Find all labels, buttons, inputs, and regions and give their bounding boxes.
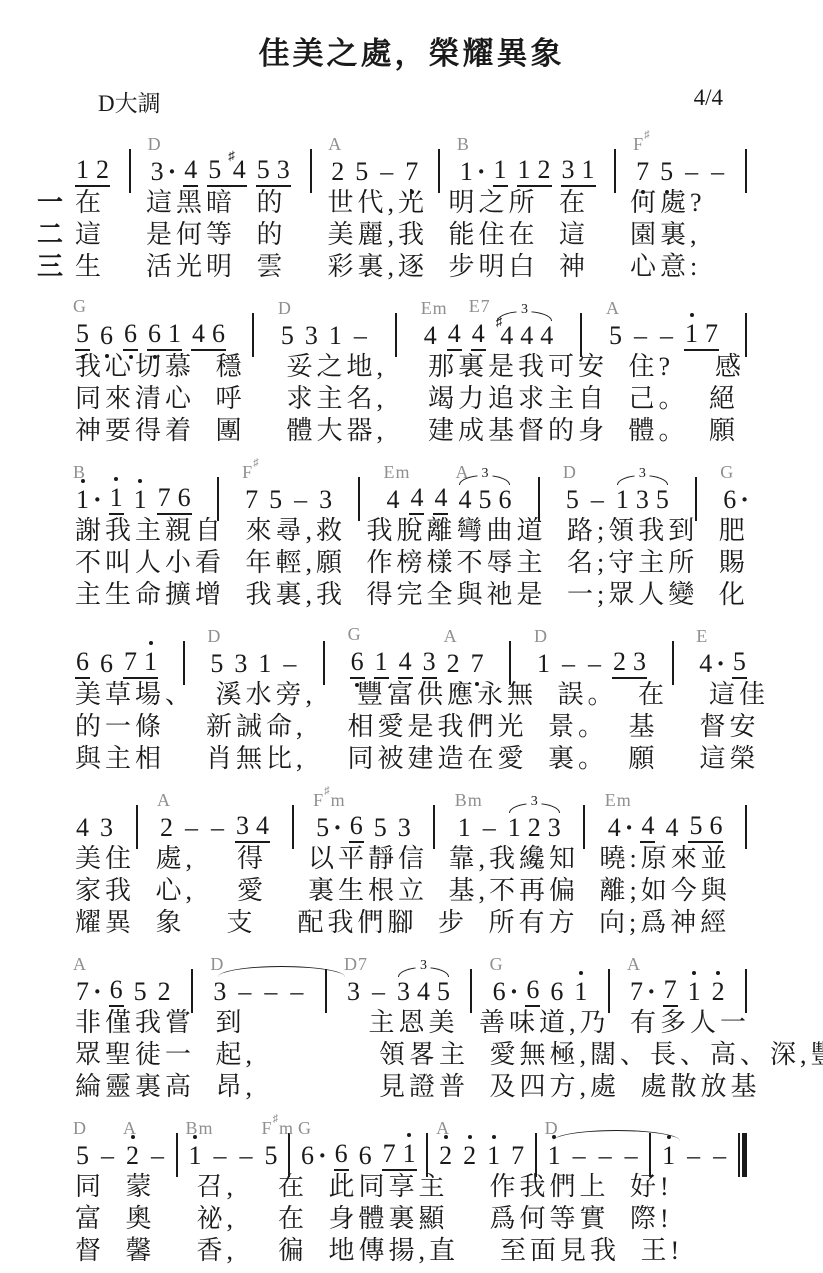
note-group: G6· xyxy=(300,1143,325,1171)
sharp-icon: ♯ xyxy=(496,314,503,329)
notation-row: G5666146D531–Em44E74♯444A5––17 xyxy=(75,283,747,351)
lyric-text: 的一條 新誡命, 相愛是我們光 景。 基 督安 xyxy=(75,712,760,741)
chord-label: F♯ xyxy=(633,135,651,153)
note: 1 xyxy=(494,157,507,183)
octave-dot-high xyxy=(407,1133,411,1137)
note: 5 xyxy=(257,157,270,183)
measure: A2217 xyxy=(438,1143,525,1171)
note-group: 71 xyxy=(123,649,158,679)
note: 7 xyxy=(405,159,418,185)
note-group: 4 xyxy=(75,815,90,843)
note-group: – xyxy=(709,159,726,187)
measure: F♯m5·653 xyxy=(315,813,412,843)
lyric-text: 非僅我嘗 到 主恩美 善味道,乃 有多人一 xyxy=(75,1008,750,1037)
note-group: F♯m5· xyxy=(315,815,340,843)
notation-row: A7·652D3–––D73–345G6·661A7·712 xyxy=(75,939,747,1007)
note-group: A5 xyxy=(608,323,623,351)
note-group: 3 xyxy=(397,815,412,843)
chord-label: D xyxy=(210,955,224,973)
note: 2 xyxy=(712,979,725,1005)
note: 1 xyxy=(487,1143,500,1169)
dash-sustain: – xyxy=(282,651,297,677)
chord-label: E7 xyxy=(469,297,491,315)
note-group: – xyxy=(236,979,253,1007)
augmentation-dot: · xyxy=(647,979,656,1005)
triplet-group: 123 xyxy=(507,815,562,843)
note: 7 xyxy=(636,159,649,185)
measure: 1–– xyxy=(661,1143,728,1171)
note-group: – xyxy=(597,1143,614,1171)
dash-sustain: – xyxy=(371,979,386,1005)
hymn-sheet: 佳美之處，榮耀異象 D大調 4/4 12D3·45♯453A25–7B1·112… xyxy=(0,0,823,1273)
measure: 12 xyxy=(75,157,110,187)
note: ♯4 xyxy=(228,157,246,183)
lyric-line: 督 馨 香, 徧 地傳揚,直 至面見我 王! xyxy=(75,1235,747,1267)
note: 4 xyxy=(434,485,447,511)
note: 5 xyxy=(609,323,622,349)
note-group: 1 xyxy=(109,485,124,515)
note: 4 xyxy=(184,157,197,183)
chord-label: B xyxy=(73,463,86,481)
octave-dot-high xyxy=(149,641,153,645)
note: 7 xyxy=(664,977,677,1003)
note-group: 6 xyxy=(549,979,564,1007)
note: 3 xyxy=(277,157,290,183)
note-group: G6· xyxy=(722,487,747,515)
note: ♯4 xyxy=(496,323,514,349)
measure: F♯75–3 xyxy=(244,487,333,515)
note: 4 xyxy=(410,485,423,511)
note: 1 xyxy=(537,651,550,677)
note: 3 xyxy=(398,815,411,841)
octave-dot-high xyxy=(716,971,720,975)
note-group: 6 xyxy=(525,977,540,1007)
note: 4 xyxy=(424,323,437,349)
note-group: D5 xyxy=(280,323,295,351)
note-group: D73 xyxy=(346,979,361,1007)
note-group: 5 xyxy=(659,159,674,187)
note: 1 xyxy=(134,487,147,513)
octave-dot-high xyxy=(690,313,694,317)
lyric-text: 富 奧 祕, 在 身體裏顯 爲何等實 際! xyxy=(75,1204,673,1233)
note: 6 xyxy=(110,977,123,1003)
sharp-icon: ♯ xyxy=(228,148,235,163)
lyric-text: 不叫人小看 年輕,願 作榜樣不辱主 名;守主所 賜 xyxy=(75,548,749,577)
dash-sustain: – xyxy=(100,1143,115,1169)
chord-label: Bm xyxy=(186,1119,214,1137)
chord-label: D xyxy=(148,135,162,153)
note: 3 xyxy=(397,979,410,1005)
note-group: A7· xyxy=(629,979,654,1007)
notation-row: B1·1176F♯75–3Em444A456D5–135G6· xyxy=(75,447,747,515)
note-group: 1 xyxy=(374,649,389,679)
note-group: 7 xyxy=(663,977,678,1007)
note-group: E74 xyxy=(471,321,486,351)
note: 3 xyxy=(423,649,436,675)
note: 6 xyxy=(350,813,363,839)
note: 5 xyxy=(355,159,368,185)
hymn-title: 佳美之處，榮耀異象 xyxy=(0,0,823,73)
chord-label: D xyxy=(278,299,292,317)
note: 1 xyxy=(329,323,342,349)
note: 6 xyxy=(550,979,563,1005)
augmentation-dot: · xyxy=(477,159,486,185)
lyric-line: 三生 活光明 雲 彩裏,逐 步明白 神 心意: xyxy=(75,251,747,283)
note-group: G6· xyxy=(492,979,517,1007)
note-group: – xyxy=(288,979,305,1007)
chord-label: A xyxy=(627,955,641,973)
note: 6 xyxy=(335,1141,348,1167)
system: 6671D531–G6143A27D1––23E4·5美草場、 溪水旁, 豐富供… xyxy=(75,611,747,775)
chord-label: A xyxy=(606,299,620,317)
note-group: 6 xyxy=(75,649,90,679)
augmentation-dot: · xyxy=(716,651,725,677)
note-group: D5 xyxy=(565,487,580,515)
note: 7 xyxy=(245,487,258,513)
chord-label: A xyxy=(444,627,458,645)
augmentation-dot: · xyxy=(333,815,342,841)
note: 1 xyxy=(189,1143,202,1169)
note: 7 xyxy=(705,321,718,347)
dash-sustain: – xyxy=(239,1143,254,1169)
note-group: Em4 xyxy=(385,487,400,515)
note: 2 xyxy=(439,1143,452,1169)
chord-label: Bm xyxy=(455,791,483,809)
note: 2 xyxy=(160,815,173,841)
dash-sustain: – xyxy=(712,1143,727,1169)
note: 5 xyxy=(733,649,746,675)
dash-sustain: – xyxy=(482,815,497,841)
sharp-icon: ♯ xyxy=(253,457,260,469)
measure: D531– xyxy=(280,323,369,351)
note: 1 xyxy=(403,1141,416,1167)
octave-dot-high xyxy=(114,477,118,481)
note-group: 1 xyxy=(687,979,702,1007)
note-group: A2 xyxy=(159,815,174,843)
system: A7·652D3–––D73–345G6·661A7·712非僅我嘗 到 主恩美… xyxy=(75,939,747,1103)
chord-label: D7 xyxy=(344,955,368,973)
octave-dot-high xyxy=(193,1135,197,1139)
octave-dot-high xyxy=(468,1135,472,1139)
note: 5 xyxy=(76,321,89,347)
dash-sustain: – xyxy=(598,1143,613,1169)
note-group: 4 xyxy=(640,813,655,843)
note: 1 xyxy=(688,979,701,1005)
note-group: Bm1 xyxy=(188,1143,203,1171)
dash-sustain: – xyxy=(289,979,304,1005)
augmentation-dot: · xyxy=(168,159,177,185)
note: 1 xyxy=(258,651,271,677)
note: 4 xyxy=(458,487,471,513)
chord-label: D xyxy=(563,463,577,481)
triplet-group: A456 xyxy=(457,487,512,515)
note-group: 2 xyxy=(711,979,726,1007)
sharp-icon: ♯ xyxy=(644,129,651,141)
chord-label: G xyxy=(720,463,734,481)
note-group: – xyxy=(99,1143,116,1171)
octave-dot-high xyxy=(131,1135,135,1139)
chord-label: D xyxy=(207,627,221,645)
note: 5 xyxy=(76,1143,89,1169)
note: 5 xyxy=(134,979,147,1005)
note: 6 xyxy=(212,321,225,347)
measure: D3––– xyxy=(212,979,305,1007)
chord-label: G xyxy=(298,1119,312,1137)
note-group: 46 xyxy=(191,321,226,351)
note-group: – xyxy=(560,651,577,679)
note: 4 xyxy=(540,323,553,349)
note: 3 xyxy=(234,651,247,677)
note: 1 xyxy=(685,321,698,347)
note-group: 3 xyxy=(304,323,319,351)
note: 4 xyxy=(699,651,712,677)
note: 1 xyxy=(662,1143,675,1169)
measure: D73–345 xyxy=(346,977,451,1007)
note: 5 xyxy=(316,815,329,841)
note: 1 xyxy=(582,157,595,183)
notation-row: 12D3·45♯453A25–7B1·11231F♯75–– xyxy=(75,119,747,187)
note-group: Bm1 xyxy=(457,815,472,843)
note: 2 xyxy=(447,651,460,677)
note: 5 xyxy=(374,815,387,841)
meta-row: D大調 4/4 xyxy=(0,73,823,113)
note-group: 6 xyxy=(99,651,114,679)
note-group: 3 xyxy=(233,651,248,679)
note-group: 2 xyxy=(157,979,172,1007)
chord-label: A xyxy=(436,1119,450,1137)
measure: F♯75–– xyxy=(635,159,726,187)
note-group: 1 xyxy=(328,323,343,351)
augmentation-dot: · xyxy=(93,487,102,513)
lyric-line: 二這 是何等 的 美麗,我 能住在 這 園裏, xyxy=(75,219,747,251)
lyric-line: 耀異 象 支 配我們腳 步 所有方 向;爲神經 xyxy=(75,907,747,939)
note: 7 xyxy=(471,651,484,677)
note-group: 4 xyxy=(398,649,413,679)
note: 2 xyxy=(331,159,344,185)
chord-label: Em xyxy=(605,791,632,809)
octave-dot-high xyxy=(492,1135,496,1139)
chord-label: Em xyxy=(383,463,410,481)
note-group: – xyxy=(623,1143,640,1171)
note-group: 53 xyxy=(256,157,291,187)
octave-dot-high xyxy=(444,1135,448,1139)
dash-sustain: – xyxy=(293,487,308,513)
dash-sustain: – xyxy=(561,651,576,677)
chord-label: A xyxy=(157,791,171,809)
system: B1·1176F♯75–3Em444A456D5–135G6·謝我主親自 來尋,… xyxy=(75,447,747,611)
dash-sustain: – xyxy=(184,815,199,841)
note-group: 6 xyxy=(334,1141,349,1171)
measure: A7·712 xyxy=(629,977,726,1007)
note: 5 xyxy=(437,979,450,1005)
note-group: – xyxy=(370,979,387,1007)
note: 5 xyxy=(656,487,669,513)
note-group: D5 xyxy=(209,651,224,679)
note-group: – xyxy=(658,323,675,351)
lyric-line: 謝我主親自 來尋,救 我脫離彎曲道 路;領我到 肥 xyxy=(75,515,747,547)
note: 1 xyxy=(76,487,89,513)
note-group: 5 xyxy=(354,159,369,187)
measure: B1·1176 xyxy=(75,485,192,515)
augmentation-dot: · xyxy=(625,815,634,841)
measure: 43 xyxy=(75,815,114,843)
note-group: – xyxy=(632,323,649,351)
octave-dot-high xyxy=(667,1135,671,1139)
chord-label: A xyxy=(123,1119,137,1137)
dash-sustain: – xyxy=(710,159,725,185)
measure: Bm1––F♯m5 xyxy=(188,1143,279,1171)
note: 3 xyxy=(151,159,164,185)
lyric-text: 耀異 象 支 配我們腳 步 所有方 向;爲神經 xyxy=(75,908,730,937)
chord-label: A xyxy=(328,135,342,153)
note: 3 xyxy=(636,487,649,513)
note-group: 6 xyxy=(109,977,124,1007)
note: 7 xyxy=(124,649,137,675)
note-group: – xyxy=(378,159,395,187)
triplet-group: 135 xyxy=(615,487,670,515)
dash-sustain: – xyxy=(684,159,699,185)
note: 7 xyxy=(76,979,89,1005)
note: 2 xyxy=(126,1143,139,1169)
note-group: 12 xyxy=(75,157,110,187)
note: 6 xyxy=(351,649,364,675)
note: 4 xyxy=(256,813,269,839)
note: 5 xyxy=(689,813,702,839)
dash-sustain: – xyxy=(633,323,648,349)
note: 1 xyxy=(574,979,587,1005)
note: 6 xyxy=(124,321,137,347)
augmentation-dot: · xyxy=(510,979,519,1005)
measure: D1––– xyxy=(547,1143,640,1171)
note-group: Em4 xyxy=(423,323,438,351)
notation-row: D5–A2–Bm1––F♯m5G6·6671A2217D1–––1–– xyxy=(75,1103,747,1171)
triplet-group: 345 xyxy=(396,979,451,1007)
chord-label: D xyxy=(534,627,548,645)
dash-sustain: – xyxy=(572,1143,587,1169)
note: 3 xyxy=(347,979,360,1005)
note-group: – xyxy=(238,1143,255,1171)
note-group: B1· xyxy=(75,487,100,515)
measure: D5–A2– xyxy=(75,1143,166,1171)
note: 1 xyxy=(508,815,521,841)
note: 6 xyxy=(301,1143,314,1169)
note: 3 xyxy=(236,813,249,839)
lyric-text: 生 活光明 雲 彩裏,逐 步明白 神 心意: xyxy=(75,252,701,281)
note-group: 6 xyxy=(123,321,138,351)
note-group: F♯7 xyxy=(244,487,259,515)
note-group: – xyxy=(481,815,498,843)
note: 2 xyxy=(463,1143,476,1169)
note-group: 6 xyxy=(358,1143,373,1171)
note: 2 xyxy=(613,649,626,675)
note-group: B1· xyxy=(459,159,484,187)
verse-number: 一 xyxy=(37,187,63,219)
lyric-text: 主生命擴增 我裏,我 得完全與祂是 一;眾人變 化 xyxy=(75,580,749,609)
note-group: – xyxy=(589,487,606,515)
system: D5–A2–Bm1––F♯m5G6·6671A2217D1–––1––同 蒙 召… xyxy=(75,1103,747,1267)
measure: D531– xyxy=(209,651,298,679)
note-group: F♯m5 xyxy=(264,1143,279,1171)
note: 6 xyxy=(100,323,113,349)
note-group: 4 xyxy=(183,157,198,187)
score: 12D3·45♯453A25–7B1·11231F♯75––一在 這黑暗 的 世… xyxy=(0,119,823,1267)
note-group: – xyxy=(212,1143,229,1171)
note: 6 xyxy=(100,651,113,677)
dash-sustain: – xyxy=(590,487,605,513)
note: 3 xyxy=(633,649,646,675)
note-group: 71 xyxy=(382,1141,417,1171)
note-group: 3 xyxy=(318,487,333,515)
lyric-text: 綸靈裏高 昂, 見證普 及四方,處 處散放基 xyxy=(75,1072,761,1101)
note-group: 1 xyxy=(257,651,272,679)
note-group: – xyxy=(685,1143,702,1171)
lyric-line: 家我 心, 愛 裏生根立 基,不再偏 離;如今與 xyxy=(75,875,747,907)
dash-sustain: – xyxy=(210,815,225,841)
lyric-text: 同來清心 呼 求主名, 竭力追求主自 己。 絕 xyxy=(75,384,739,413)
note-group: 3 xyxy=(422,649,437,679)
note: 5 xyxy=(269,487,282,513)
note-group: 1 xyxy=(573,979,588,1007)
measure: A2––34 xyxy=(159,813,270,843)
note-group: 6 xyxy=(99,323,114,351)
lyric-line: 一在 這黑暗 的 世代,光 明之所 在 何處? xyxy=(75,187,747,219)
note-group: 23 xyxy=(612,649,647,679)
lyric-line: 不叫人小看 年輕,願 作榜樣不辱主 名;守主所 賜 xyxy=(75,547,747,579)
octave-dot-high xyxy=(81,479,85,483)
system: 12D3·45♯453A25–7B1·11231F♯75––一在 這黑暗 的 世… xyxy=(75,119,747,283)
note-group: – xyxy=(292,487,309,515)
note: 4 xyxy=(386,487,399,513)
note: 4 xyxy=(192,321,205,347)
lyric-line: 綸靈裏高 昂, 見證普 及四方,處 處散放基 xyxy=(75,1071,747,1103)
note-group: 5 xyxy=(268,487,283,515)
lyric-line: 同 蒙 召, 在 此同享主 作我們上 好! xyxy=(75,1171,747,1203)
dash-sustain: – xyxy=(624,1143,639,1169)
augmentation-dot: · xyxy=(318,1143,327,1169)
note-group: 7 xyxy=(470,651,485,679)
augmentation-dot: · xyxy=(93,979,102,1005)
measure: G5666146 xyxy=(75,321,226,351)
note: 3 xyxy=(100,815,113,841)
note-group: 4 xyxy=(433,485,448,515)
lyric-line: 眾聖徒一 起, 領畧主 愛無極,闊、長、高、深,豐 xyxy=(75,1039,747,1071)
measure: G6·661 xyxy=(492,977,589,1007)
note-group: D5 xyxy=(75,1143,90,1171)
note: 3 xyxy=(548,815,561,841)
note: 6 xyxy=(723,487,736,513)
chord-label: Em xyxy=(421,299,448,317)
note: 7 xyxy=(511,1143,524,1169)
note-group: G5 xyxy=(75,321,90,351)
measure: G6·6671 xyxy=(300,1141,417,1171)
note: 7 xyxy=(158,485,171,511)
note-group: 1 xyxy=(493,157,508,187)
note: 1 xyxy=(76,157,89,183)
note-group: 5 xyxy=(732,649,747,679)
note: 1 xyxy=(548,1143,561,1169)
note: 5 xyxy=(281,323,294,349)
chord-label: G xyxy=(348,625,362,643)
measure: D3·45♯453 xyxy=(150,157,291,187)
chord-label: B xyxy=(457,135,470,153)
measure: G6· xyxy=(722,487,747,515)
note-group: 76 xyxy=(157,485,192,515)
note-group: – xyxy=(183,815,200,843)
note: 3 xyxy=(213,979,226,1005)
note-group: 5 xyxy=(373,815,388,843)
lyric-text: 我心切慕 穩 妥之地, 那裏是我可安 住? 感 xyxy=(75,352,745,381)
chord-label: A xyxy=(455,463,469,481)
